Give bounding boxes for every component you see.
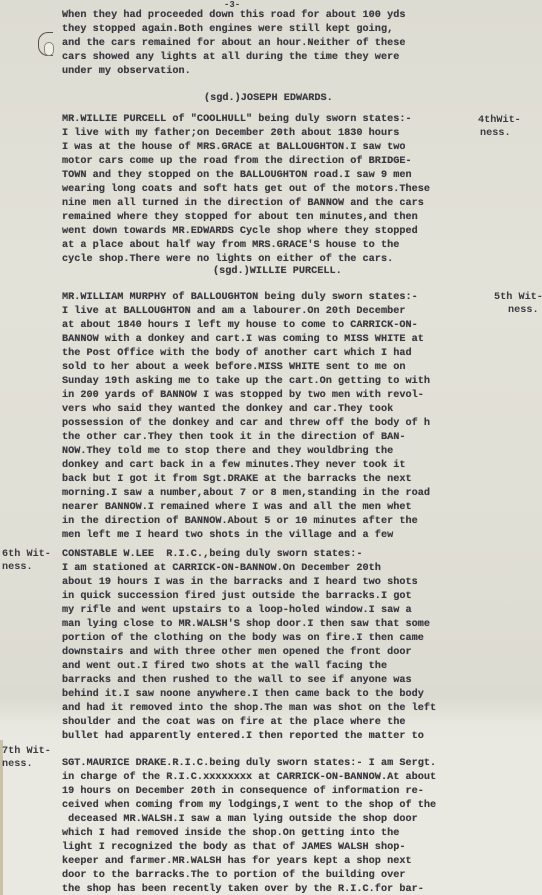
- text-line: bullet had apparently entered.I then rep…: [62, 730, 424, 744]
- text-line: door to the barracks.The to portion of t…: [62, 869, 405, 883]
- document-page: -3- When they had proceeded down this ro…: [0, 0, 542, 895]
- text-line: my rifle and went upstairs to a loop-hol…: [62, 604, 412, 618]
- margin-note: 5th Wit-: [494, 291, 542, 304]
- text-line: back but I got it from Sgt.DRAKE at the …: [62, 473, 412, 487]
- text-line: keeper and farmer.MR.WALSH has for years…: [62, 855, 412, 869]
- text-line: I was at the house of MRS.GRACE at BALLO…: [62, 141, 405, 155]
- text-line: they stopped again.Both engines were sti…: [62, 23, 393, 37]
- text-line: men left me I heard two shots in the vil…: [62, 529, 393, 543]
- text-line: light I recognized the body as that of J…: [62, 841, 405, 855]
- text-line: the other car.They then took it in the d…: [62, 431, 405, 445]
- text-line: MR.WILLIE PURCELL of "COOLHULL" being du…: [62, 113, 412, 127]
- margin-note: 7th Wit-: [2, 745, 51, 758]
- text-line: at a place about half way from MRS.GRACE…: [62, 239, 399, 253]
- text-line: downstairs and with three other men open…: [62, 646, 412, 660]
- text-line: and went out.I fired two shots at the wa…: [62, 660, 387, 674]
- text-line: 19 hours on December 20th in consequence…: [62, 785, 424, 799]
- text-line: donkey and cart back in a few minutes.Th…: [62, 459, 405, 473]
- text-line: I live with my father;on December 20th a…: [62, 127, 399, 141]
- text-line: deceased MR.WALSH.I saw a man lying outs…: [62, 813, 418, 827]
- text-line: I live at BALLOUGHTON and am a labourer.…: [62, 305, 405, 319]
- text-line: NOW.They told me to stop there and they …: [62, 445, 393, 459]
- text-line: morning.I saw a number,about 7 or 8 men,…: [62, 487, 430, 501]
- text-line: SGT.MAURICE DRAKE.R.I.C.being duly sworn…: [62, 757, 436, 771]
- text-line: possession of the donkey and car and thr…: [62, 417, 430, 431]
- text-line: BANNOW with a donkey and cart.I was comi…: [62, 333, 424, 347]
- margin-note: 4thWit-: [478, 114, 521, 127]
- text-line: went down towards MR.EDWARDS Cycle shop …: [62, 225, 418, 239]
- text-line: TOWN and they stopped on the BALLOUGHTON…: [62, 169, 412, 183]
- text-line: which I had removed inside the shop.On g…: [62, 827, 399, 841]
- text-line: at about 1840 hours I left my house to c…: [62, 319, 418, 333]
- punch-hole: [44, 42, 54, 56]
- text-line: shoulder and the coat was on fire at the…: [62, 716, 405, 730]
- text-line: the Post Office with the body of another…: [62, 347, 412, 361]
- text-line: MR.WILLIAM MURPHY of BALLOUGHTON being d…: [62, 291, 418, 305]
- text-line: in quick succession fired just outside t…: [62, 590, 412, 604]
- margin-note: 6th Wit-: [2, 548, 51, 561]
- text-line: sold to her about a week before.MISS WHI…: [62, 361, 405, 375]
- text-line: man lying close to MR.WALSH'S shop door.…: [62, 618, 430, 632]
- text-line: I am stationed at CARRICK-ON-BANNOW.On D…: [62, 562, 381, 576]
- text-line: Sunday 19th asking me to take up the car…: [62, 375, 430, 389]
- text-line: nearer BANNOW.I remained where I was and…: [62, 501, 412, 515]
- text-line: CONSTABLE W.LEE R.I.C.,being duly sworn …: [62, 548, 363, 562]
- text-line: vers who said they wanted the donkey and…: [62, 403, 393, 417]
- signature: (sgd.)WILLIE PURCELL.: [213, 265, 342, 279]
- margin-note: ness.: [480, 127, 511, 140]
- text-line: about 19 hours I was in the barracks and…: [62, 576, 418, 590]
- text-line: and the cars remained for about an hour.…: [62, 37, 405, 51]
- text-line: cars showed any lights at all during the…: [62, 51, 399, 65]
- text-line: in the direction of BANNOW.About 5 or 10…: [62, 515, 418, 529]
- text-line: remained where they stopped for about te…: [62, 211, 418, 225]
- text-line: ceived when coming from my lodgings,I we…: [62, 799, 436, 813]
- text-line: nine men all turned in the direction of …: [62, 197, 424, 211]
- text-line: under my observation.: [62, 65, 191, 79]
- text-line: the shop has been recently taken over by…: [62, 883, 424, 895]
- signature: (sgd.)JOSEPH EDWARDS.: [204, 92, 333, 106]
- margin-note: ness.: [2, 758, 33, 771]
- text-line: in 200 yards of BANNOW I was stopped by …: [62, 389, 424, 403]
- text-line: portion of the clothing on the body was …: [62, 632, 424, 646]
- margin-note: ness.: [2, 561, 33, 574]
- text-line: wearing long coats and soft hats get out…: [62, 183, 430, 197]
- text-line: behind it.I saw noone anywhere.I then ca…: [62, 688, 424, 702]
- text-line: barracks and then rushed to the wall to …: [62, 674, 412, 688]
- margin-note: ness.: [508, 304, 539, 317]
- text-line: When they had proceeded down this road f…: [62, 9, 405, 23]
- text-line: in charge of the R.I.C.xxxxxxxx at CARRI…: [62, 771, 436, 785]
- text-line: and had it removed into the shop.The man…: [62, 702, 436, 716]
- text-line: motor cars come up the road from the dir…: [62, 155, 412, 169]
